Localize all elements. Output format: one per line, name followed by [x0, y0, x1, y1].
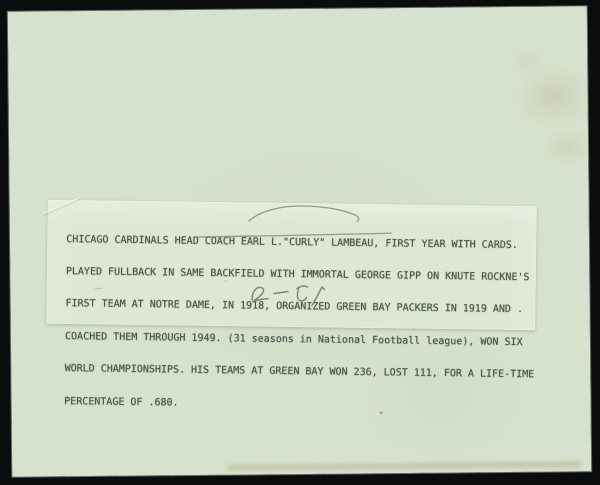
caption-line: CHICAGO CARDINALS HEAD COACH EARL L."CUR…: [66, 235, 536, 252]
photo-frame: CHICAGO CARDINALS HEAD COACH EARL L."CUR…: [0, 0, 600, 485]
caption-line: COACHED THEM THROUGH 1949. (31 seasons i…: [65, 332, 535, 349]
typed-caption: CHICAGO CARDINALS HEAD COACH EARL L."CUR…: [64, 213, 536, 435]
caption-line: FIRST TEAM AT NOTRE DAME, IN 1918, ORGAN…: [65, 299, 535, 316]
caption-line: PERCENTAGE OF .680.: [64, 397, 534, 414]
caption-label: CHICAGO CARDINALS HEAD COACH EARL L."CUR…: [46, 200, 537, 330]
bottom-edge-stain: [227, 461, 582, 470]
caption-line: WORLD CHAMPIONSHIPS. HIS TEAMS AT GREEN …: [65, 364, 535, 381]
caption-line: PLAYED FULLBACK IN SAME BACKFIELD WITH I…: [66, 267, 536, 284]
